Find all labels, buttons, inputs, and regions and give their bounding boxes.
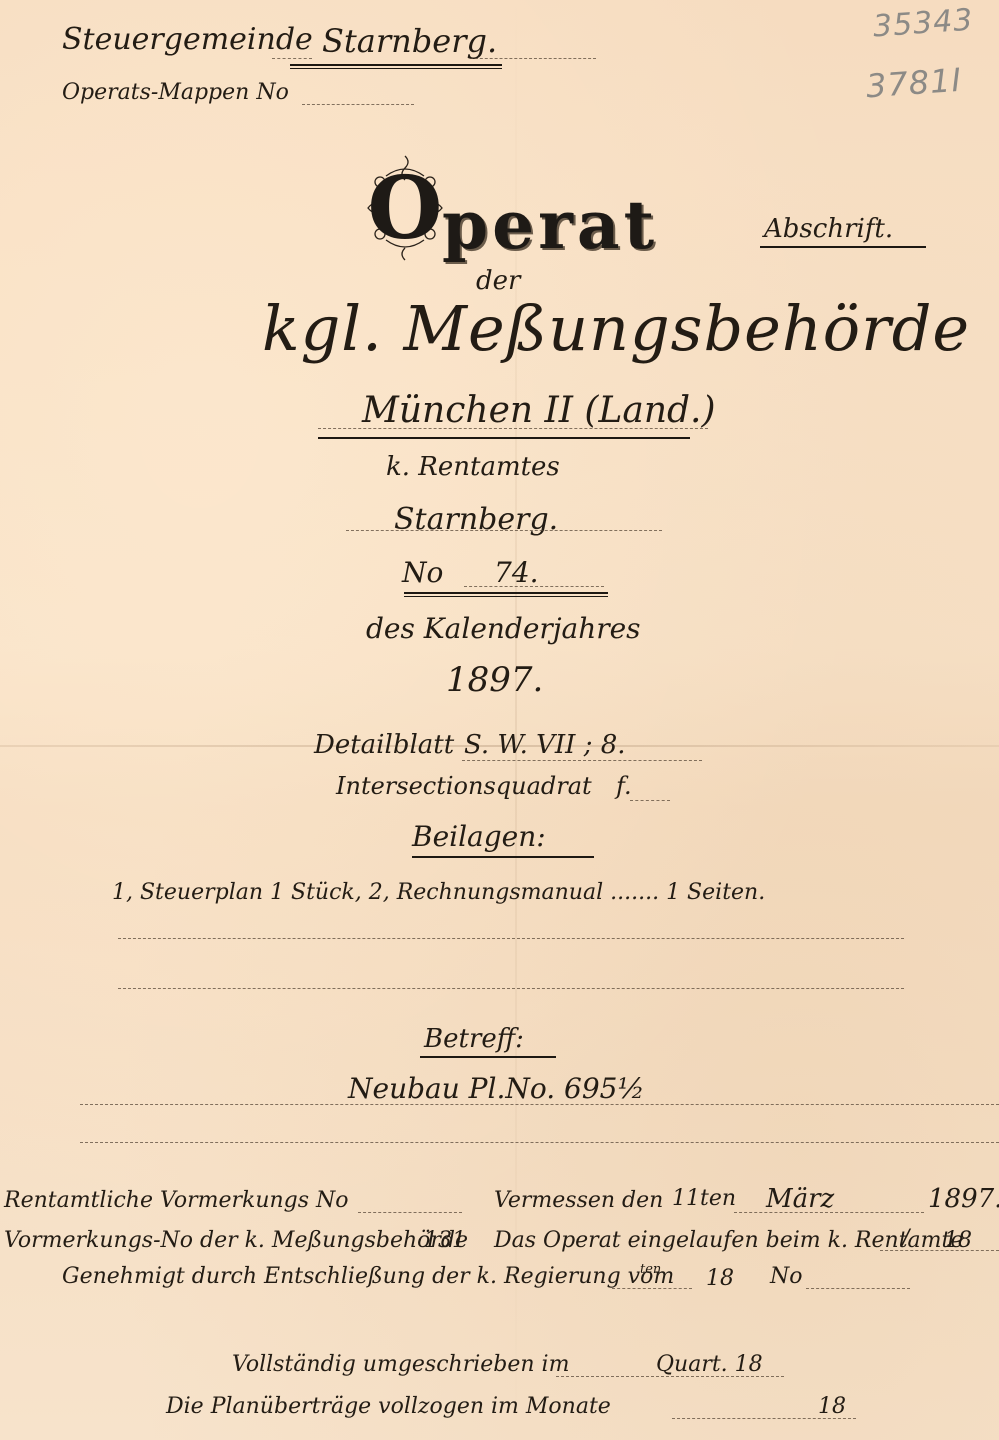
- authority-underline: [318, 437, 690, 439]
- municipality-underline: [290, 64, 502, 66]
- rentamt-value: Starnberg.: [394, 502, 558, 537]
- record-surveyed-month: März: [766, 1184, 834, 1214]
- footer-rewritten-label: Vollständig umgeschrieben im: [232, 1352, 569, 1377]
- record-surveyed-year: 1897.: [928, 1184, 999, 1214]
- record-rentamt-dotted-line: [358, 1212, 462, 1213]
- intersection-label: Intersectionsquadrat: [336, 772, 592, 800]
- footer-rewritten-dotted-line: [556, 1376, 784, 1377]
- record-approval-number-dotted-line: [806, 1288, 910, 1289]
- record-approval-year: 18: [706, 1266, 734, 1291]
- record-surveyed-label: Vermessen den: [494, 1188, 663, 1213]
- archive-number-1: 35343: [872, 3, 975, 45]
- rentamt-dotted-line: [346, 530, 662, 531]
- archive-number-2: 3781I: [865, 61, 963, 106]
- record-approval-number-label: No: [770, 1264, 803, 1289]
- attachments-underline: [412, 856, 594, 858]
- record-approval-suffix: ten: [640, 1262, 661, 1277]
- attachments-blank-line-2: [118, 988, 904, 989]
- intersection-value: f.: [616, 772, 632, 800]
- record-rentamt-label: Rentamtliche Vormerkungs No: [4, 1188, 349, 1213]
- municipality-value: Starnberg.: [322, 22, 497, 60]
- record-surveyed-day: 11ten: [672, 1186, 736, 1211]
- rentamt-label: k. Rentamtes: [386, 452, 560, 482]
- copy-note: Abschrift.: [764, 214, 893, 244]
- rentamt-number-dotted-line: [464, 586, 604, 587]
- footer-rewritten-value: Quart. 18: [656, 1352, 763, 1377]
- detail-sheet-label: Detailblatt: [314, 730, 454, 760]
- record-surveyed-dotted-line: [734, 1212, 924, 1213]
- intersection-dotted-line: [630, 800, 670, 801]
- rentamt-number-value: 74.: [494, 556, 539, 589]
- subject-dotted-line-2: [80, 1142, 999, 1143]
- authority-dotted-line: [318, 428, 708, 429]
- folder-label: Operats-Mappen No: [62, 80, 289, 105]
- copy-note-underline: [760, 246, 926, 248]
- subject-value: Neubau Pl.No. 695½: [348, 1072, 645, 1105]
- record-approval-label: Genehmigt durch Entschließung der k. Reg…: [62, 1264, 674, 1289]
- record-received-dotted-line: [880, 1250, 999, 1251]
- year-value: 1897.: [446, 660, 543, 700]
- attachments-heading: Beilagen:: [412, 820, 546, 853]
- subject-underline: [420, 1056, 556, 1058]
- ornate-initial: O: [370, 158, 440, 258]
- municipality-dotted-line: [272, 58, 312, 59]
- authority-name: kgl. Meßungsbehörde: [262, 292, 970, 365]
- title-text: perat: [442, 192, 658, 258]
- document-title: O perat: [370, 158, 658, 258]
- record-authority-label: Vormerkungs-No der k. Meßungsbehörde: [4, 1228, 468, 1253]
- subject-heading: Betreff:: [424, 1024, 524, 1054]
- detail-sheet-value: S. W. VII ; 8.: [464, 730, 626, 760]
- attachments-blank-line-1: [118, 938, 904, 939]
- footer-transfer-value: 18: [818, 1394, 846, 1419]
- footer-transfer-label: Die Planüberträge vollzogen im Monate: [166, 1394, 611, 1419]
- rentamt-number-label: No: [402, 556, 443, 589]
- record-received-sep: /: [902, 1226, 909, 1251]
- rentamt-number-underline: [404, 592, 608, 594]
- record-authority-value: 131: [424, 1228, 466, 1253]
- year-label: des Kalenderjahres: [366, 612, 641, 645]
- municipality-dotted-line-2: [470, 58, 596, 59]
- municipality-label: Steuergemeinde: [62, 22, 313, 57]
- record-approval-dotted-line: [612, 1288, 692, 1289]
- folder-dotted-line: [302, 104, 414, 105]
- subject-dotted-line-1: [80, 1104, 999, 1105]
- attachments-items: 1, Steuerplan 1 Stück, 2, Rechnungsmanua…: [112, 880, 765, 905]
- authority-location: München II (Land.): [362, 390, 716, 431]
- detail-sheet-dotted-line: [462, 760, 702, 761]
